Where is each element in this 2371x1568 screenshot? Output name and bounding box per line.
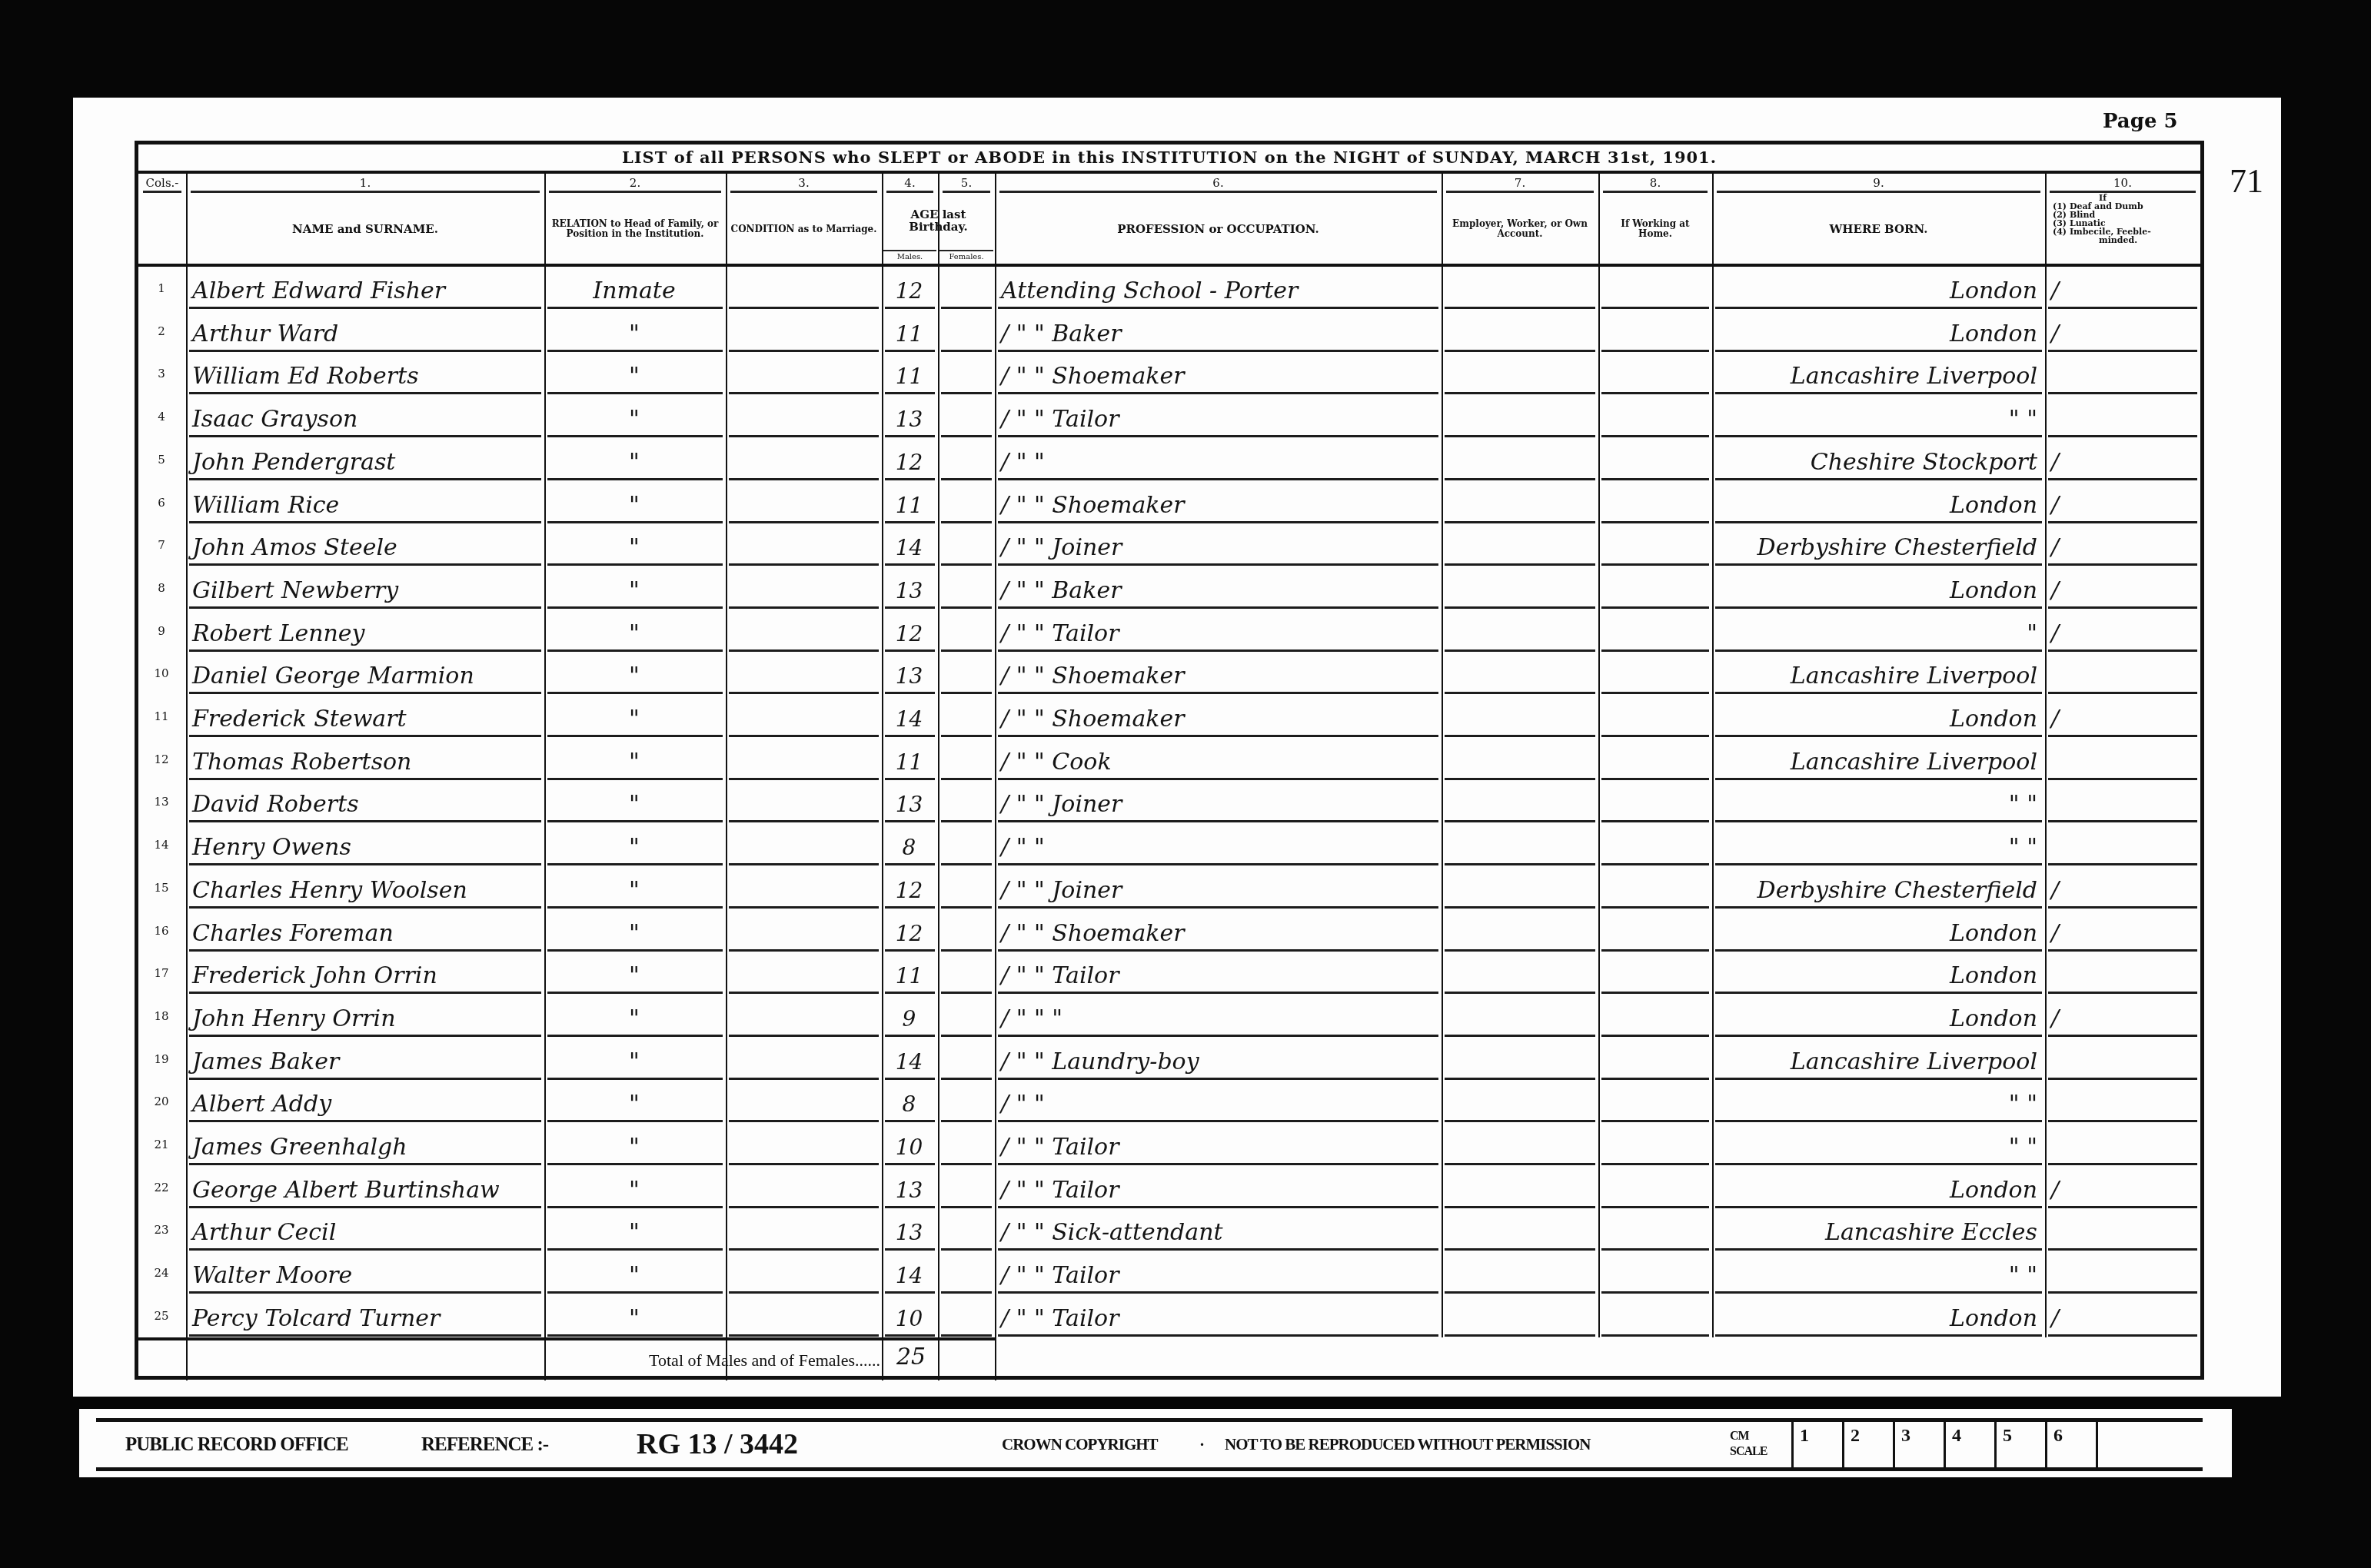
occupation-cell: / " " Baker [1001, 310, 1434, 350]
row-rule [998, 521, 1438, 523]
infirmity-cell [2051, 1251, 2193, 1291]
row-rule [885, 350, 935, 352]
males-age-cell: 14 [888, 523, 930, 563]
birthplace-cell: Lancashire Liverpool [1718, 652, 2037, 692]
name-cell: Frederick Stewart [192, 695, 537, 735]
row-rule [729, 692, 879, 694]
table-row: 16Charles Foreman"12/ " " ShoemakerLondo… [138, 909, 2200, 952]
table-row: 3William Ed Roberts"11/ " " ShoemakerLan… [138, 352, 2200, 394]
working-home-cell [1604, 1038, 1704, 1078]
row-rule [189, 692, 541, 694]
row-rule [2048, 350, 2197, 352]
row-rule [885, 1120, 935, 1122]
row-rule [885, 563, 935, 566]
row-rule [1445, 735, 1595, 737]
column-number: 6. [995, 174, 1442, 192]
row-rule [189, 435, 541, 437]
row-rule [1601, 1206, 1709, 1208]
females-age-cell [944, 1038, 987, 1078]
relation-cell: " [550, 1208, 718, 1248]
males-age-cell: 13 [888, 1166, 930, 1206]
row-number: 24 [145, 1251, 178, 1291]
row-rule [941, 1078, 992, 1080]
row-rule [941, 1120, 992, 1122]
table-row: 14Henry Owens"8/ " "" " [138, 823, 2200, 865]
row-rule [729, 778, 879, 780]
row-rule [729, 1163, 879, 1165]
row-rule [729, 1291, 879, 1294]
females-age-cell [944, 738, 987, 778]
females-age-cell [944, 909, 987, 949]
table-row: 7John Amos Steele"14/ " " JoinerDerbyshi… [138, 523, 2200, 566]
row-rule [885, 1291, 935, 1294]
column-header-born: WHERE BORN. [1717, 194, 2040, 264]
row-rule [1715, 478, 2042, 480]
females-age-cell [944, 1166, 987, 1206]
row-rule [1445, 1291, 1595, 1294]
row-number: 6 [145, 481, 178, 521]
working-home-cell [1604, 610, 1704, 649]
females-age-cell [944, 481, 987, 521]
row-rule [729, 478, 879, 480]
row-rule [941, 1163, 992, 1165]
row-rule [189, 1291, 541, 1294]
employer-cell [1448, 1208, 1591, 1248]
row-rule [1445, 692, 1595, 694]
males-age-cell: 12 [888, 610, 930, 649]
employer-cell [1448, 823, 1591, 863]
males-age-cell: 12 [888, 267, 930, 307]
males-age-cell: 13 [888, 395, 930, 435]
row-rule [941, 649, 992, 652]
row-rule [1601, 350, 1709, 352]
row-rule [547, 435, 723, 437]
row-rule [998, 692, 1438, 694]
column-number-rule [2050, 191, 2196, 193]
name-cell: William Ed Roberts [192, 352, 537, 392]
row-rule [885, 392, 935, 394]
working-home-cell [1604, 1166, 1704, 1206]
females-age-cell [944, 267, 987, 307]
row-rule [885, 1334, 935, 1337]
row-number: 16 [145, 909, 178, 949]
relation-cell: " [550, 1166, 718, 1206]
females-age-cell [944, 438, 987, 478]
name-cell: James Baker [192, 1038, 537, 1078]
row-rule [885, 1163, 935, 1165]
birthplace-cell: Derbyshire Chesterfield [1718, 866, 2037, 906]
row-rule [1601, 1248, 1709, 1251]
working-home-cell [1604, 1123, 1704, 1163]
infirmity-cell: / [2051, 995, 2193, 1035]
column-header-age: AGE last Birthday. [882, 194, 995, 247]
row-number: 1 [145, 267, 178, 307]
table-row: 12Thomas Robertson"11/ " " CookLancashir… [138, 738, 2200, 780]
row-rule [189, 563, 541, 566]
working-home-cell [1604, 352, 1704, 392]
row-rule [885, 778, 935, 780]
row-rule [1601, 1334, 1709, 1337]
row-rule [1715, 1248, 2042, 1251]
row-rule [1445, 1334, 1595, 1337]
row-rule [941, 735, 992, 737]
scale-mark: 5 [1994, 1422, 2043, 1467]
birthplace-cell: London [1718, 566, 2037, 606]
row-rule [547, 1291, 723, 1294]
row-rule [189, 649, 541, 652]
column-number-rule [549, 191, 721, 193]
relation-cell: " [550, 952, 718, 992]
occupation-cell: / " " Joiner [1001, 523, 1434, 563]
working-home-cell [1604, 1080, 1704, 1120]
occupation-cell: / " " Joiner [1001, 780, 1434, 820]
row-rule [729, 1035, 879, 1037]
row-rule [1601, 392, 1709, 394]
males-age-cell: 14 [888, 1251, 930, 1291]
row-rule [885, 863, 935, 865]
row-rule [1601, 1035, 1709, 1037]
row-rule [941, 1248, 992, 1251]
females-age-cell [944, 652, 987, 692]
row-rule [729, 1334, 879, 1337]
row-rule [941, 1206, 992, 1208]
row-rule [1445, 1035, 1595, 1037]
infirmity-cell [2051, 352, 2193, 392]
row-rule [1445, 1206, 1595, 1208]
females-age-cell [944, 395, 987, 435]
row-rule [998, 1078, 1438, 1080]
total-divider [138, 1337, 995, 1340]
occupation-cell: / " " Shoemaker [1001, 481, 1434, 521]
column-number: 10. [2045, 174, 2200, 192]
females-age-cell [944, 952, 987, 992]
row-rule [998, 735, 1438, 737]
row-rule [1715, 1163, 2042, 1165]
working-home-cell [1604, 267, 1704, 307]
row-rule [189, 820, 541, 822]
row-number: 8 [145, 566, 178, 606]
row-rule [1715, 606, 2042, 609]
row-number: 13 [145, 780, 178, 820]
row-rule [1445, 606, 1595, 609]
row-rule [2048, 949, 2197, 952]
employer-cell [1448, 610, 1591, 649]
column-number-rule [143, 191, 181, 193]
table-row: 8Gilbert Newberry"13/ " " BakerLondon/ [138, 566, 2200, 609]
row-rule [2048, 307, 2197, 309]
row-rule [1601, 606, 1709, 609]
occupation-cell: Attending School - Porter [1001, 267, 1434, 307]
infirmity-cell [2051, 1208, 2193, 1248]
row-rule [941, 606, 992, 609]
infirmity-cell [2051, 780, 2193, 820]
working-home-cell [1604, 1294, 1704, 1334]
row-rule [1601, 435, 1709, 437]
row-rule [1715, 1206, 2042, 1208]
infirmity-cell: / [2051, 695, 2193, 735]
row-rule [1601, 778, 1709, 780]
row-rule [2048, 1120, 2197, 1122]
row-rule [189, 863, 541, 865]
name-cell: Isaac Grayson [192, 395, 537, 435]
row-rule [998, 1163, 1438, 1165]
row-rule [885, 1035, 935, 1037]
row-rule [1601, 692, 1709, 694]
name-cell: Daniel George Marmion [192, 652, 537, 692]
row-rule [189, 606, 541, 609]
row-rule [885, 478, 935, 480]
condition-cell [732, 995, 874, 1035]
birthplace-cell: Lancashire Liverpool [1718, 352, 2037, 392]
relation-cell: " [550, 995, 718, 1035]
infirmity-cell [2051, 738, 2193, 778]
employer-cell [1448, 1294, 1591, 1334]
row-rule [998, 478, 1438, 480]
row-rule [998, 563, 1438, 566]
birthplace-cell: London [1718, 481, 2037, 521]
condition-cell [732, 395, 874, 435]
row-rule [998, 949, 1438, 952]
row-rule [2048, 1206, 2197, 1208]
row-rule [1715, 992, 2042, 994]
infirmity-line: minded. [2053, 236, 2137, 244]
males-age-cell: 13 [888, 1208, 930, 1248]
condition-cell [732, 1123, 874, 1163]
row-rule [547, 692, 723, 694]
females-age-cell [944, 523, 987, 563]
females-age-cell [944, 1208, 987, 1248]
employer-cell [1448, 352, 1591, 392]
row-rule [941, 392, 992, 394]
row-rule [547, 863, 723, 865]
name-cell: Walter Moore [192, 1251, 537, 1291]
birthplace-cell: " " [1718, 780, 2037, 820]
table-row: 25Percy Tolcard Turner"10/ " " TailorLon… [138, 1294, 2200, 1337]
row-rule [998, 435, 1438, 437]
females-age-cell [944, 310, 987, 350]
column-number-rule [730, 191, 877, 193]
row-rule [1715, 863, 2042, 865]
birthplace-cell: " " [1718, 823, 2037, 863]
employer-cell [1448, 866, 1591, 906]
table-row: 13David Roberts"13/ " " Joiner" " [138, 780, 2200, 822]
birthplace-cell: Lancashire Liverpool [1718, 738, 2037, 778]
row-rule [1715, 1078, 2042, 1080]
birthplace-cell: Lancashire Eccles [1718, 1208, 2037, 1248]
footer-office: PUBLIC RECORD OFFICE [125, 1422, 348, 1467]
females-age-cell [944, 1123, 987, 1163]
column-number: Cols.- [138, 174, 186, 192]
employer-cell [1448, 267, 1591, 307]
row-rule [885, 1248, 935, 1251]
occupation-cell: / " " " [1001, 995, 1434, 1035]
relation-cell: " [550, 395, 718, 435]
row-rule [1601, 820, 1709, 822]
relation-cell: " [550, 566, 718, 606]
birthplace-cell: London [1718, 1294, 2037, 1334]
row-rule [941, 949, 992, 952]
infirmity-cell [2051, 1038, 2193, 1078]
name-cell: Arthur Cecil [192, 1208, 537, 1248]
column-number: 7. [1442, 174, 1598, 192]
row-rule [1715, 563, 2042, 566]
condition-cell [732, 566, 874, 606]
infirmity-cell: / [2051, 438, 2193, 478]
relation-cell: " [550, 909, 718, 949]
row-rule [885, 692, 935, 694]
row-rule [885, 820, 935, 822]
row-rule [2048, 1248, 2197, 1251]
row-rule [1715, 392, 2042, 394]
row-rule [547, 992, 723, 994]
row-rule [189, 778, 541, 780]
employer-cell [1448, 909, 1591, 949]
relation-cell: " [550, 610, 718, 649]
row-rule [547, 649, 723, 652]
employer-cell [1448, 695, 1591, 735]
infirmity-cell: / [2051, 1166, 2193, 1206]
row-rule [885, 435, 935, 437]
column-header-working_home: If Working at Home. [1603, 194, 1708, 264]
relation-cell: " [550, 438, 718, 478]
relation-cell: " [550, 1123, 718, 1163]
row-rule [729, 392, 879, 394]
males-age-cell: 10 [888, 1294, 930, 1334]
row-rule [1601, 992, 1709, 994]
males-age-cell: 8 [888, 1080, 930, 1120]
column-number-rule [943, 191, 990, 193]
footer-rule-bottom [96, 1467, 2203, 1471]
birthplace-cell: " [1718, 610, 2037, 649]
row-rule [729, 521, 879, 523]
working-home-cell [1604, 395, 1704, 435]
table-row: 2Arthur Ward"11/ " " BakerLondon/ [138, 310, 2200, 352]
working-home-cell [1604, 566, 1704, 606]
row-rule [885, 949, 935, 952]
row-rule [1445, 392, 1595, 394]
infirmity-cell: / [2051, 909, 2193, 949]
working-home-cell [1604, 695, 1704, 735]
row-rule [2048, 906, 2197, 909]
row-rule [941, 992, 992, 994]
employer-cell [1448, 780, 1591, 820]
row-rule [1601, 735, 1709, 737]
infirmity-cell [2051, 823, 2193, 863]
row-rule [729, 1120, 879, 1122]
females-age-cell [944, 1251, 987, 1291]
row-rule [998, 1291, 1438, 1294]
row-rule [998, 906, 1438, 909]
column-number: 8. [1598, 174, 1712, 192]
row-rule [998, 1120, 1438, 1122]
row-rule [998, 863, 1438, 865]
row-rule [189, 307, 541, 309]
working-home-cell [1604, 823, 1704, 863]
birthplace-cell: " " [1718, 1080, 2037, 1120]
row-rule [941, 692, 992, 694]
occupation-cell: / " " Tailor [1001, 610, 1434, 649]
males-age-cell: 10 [888, 1123, 930, 1163]
total-males: 25 [884, 1344, 938, 1370]
condition-cell [732, 1166, 874, 1206]
name-cell: Albert Edward Fisher [192, 267, 537, 307]
employer-cell [1448, 652, 1591, 692]
condition-cell [732, 438, 874, 478]
birthplace-cell: London [1718, 267, 2037, 307]
row-rule [1715, 692, 2042, 694]
name-cell: George Albert Burtinshaw [192, 1166, 537, 1206]
row-rule [1715, 778, 2042, 780]
condition-cell [732, 695, 874, 735]
name-cell: John Henry Orrin [192, 995, 537, 1035]
employer-cell [1448, 310, 1591, 350]
table-row: 24Walter Moore"14/ " " Tailor" " [138, 1251, 2200, 1294]
condition-cell [732, 1294, 874, 1334]
females-age-cell [944, 1294, 987, 1334]
working-home-cell [1604, 738, 1704, 778]
condition-cell [732, 952, 874, 992]
condition-cell [732, 1208, 874, 1248]
column-header-infirmity: If(1) Deaf and Dumb(2) Blind(3) Lunatic(… [2045, 194, 2208, 264]
birthplace-cell: " " [1718, 1251, 2037, 1291]
occupation-cell: / " " Cook [1001, 738, 1434, 778]
condition-cell [732, 1080, 874, 1120]
row-rule [547, 392, 723, 394]
condition-cell [732, 1251, 874, 1291]
males-age-cell: 11 [888, 952, 930, 992]
infirmity-cell: / [2051, 523, 2193, 563]
females-age-cell [944, 566, 987, 606]
row-rule [998, 1035, 1438, 1037]
employer-cell [1448, 738, 1591, 778]
row-number: 19 [145, 1038, 178, 1078]
employer-cell [1448, 395, 1591, 435]
column-header-occupation: PROFESSION or OCCUPATION. [999, 194, 1437, 264]
condition-cell [732, 481, 874, 521]
row-rule [998, 1248, 1438, 1251]
footer-reference-label: REFERENCE :- [421, 1422, 548, 1467]
row-rule [1445, 820, 1595, 822]
row-number: 22 [145, 1166, 178, 1206]
row-rule [885, 906, 935, 909]
row-number: 14 [145, 823, 178, 863]
row-rule [941, 1334, 992, 1337]
occupation-cell: / " " Baker [1001, 566, 1434, 606]
condition-cell [732, 652, 874, 692]
row-rule [729, 1248, 879, 1251]
row-rule [189, 478, 541, 480]
infirmity-cell: / [2051, 267, 2193, 307]
females-age-cell [944, 695, 987, 735]
row-rule [189, 906, 541, 909]
scale-mark: 1 [1791, 1422, 1841, 1467]
row-rule [1445, 307, 1595, 309]
occupation-cell: / " " Joiner [1001, 866, 1434, 906]
name-cell: John Amos Steele [192, 523, 537, 563]
row-rule [547, 1120, 723, 1122]
column-header-name: NAME and SURNAME. [191, 194, 540, 264]
row-rule [1445, 563, 1595, 566]
relation-cell: " [550, 695, 718, 735]
row-rule [941, 906, 992, 909]
scale-mark: 4 [1944, 1422, 1993, 1467]
row-rule [1715, 435, 2042, 437]
name-cell: James Greenhalgh [192, 1123, 537, 1163]
employer-cell [1448, 566, 1591, 606]
row-rule [1715, 820, 2042, 822]
scale-mark: 3 [1893, 1422, 1942, 1467]
row-rule [189, 1078, 541, 1080]
